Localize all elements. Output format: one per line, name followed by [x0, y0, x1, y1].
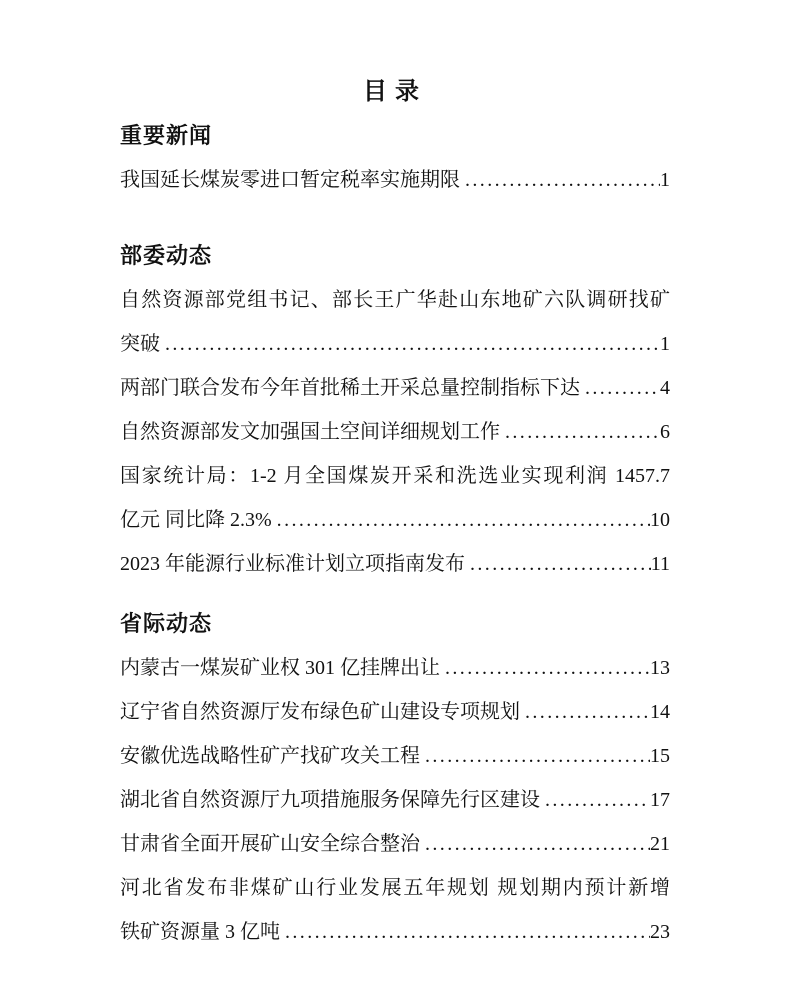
toc-sections: 重要新闻 我国延长煤炭零进口暂定税率实施期限..................…: [120, 114, 670, 954]
entry-title: 内蒙古一煤炭矿业权 301 亿挂牌出让: [120, 646, 440, 690]
entry-title: 自然资源部发文加强国土空间详细规划工作: [120, 410, 500, 454]
entry-title: 2023 年能源行业标准计划立项指南发布: [120, 542, 465, 586]
toc-entry[interactable]: 两部门联合发布今年首批稀土开采总量控制指标下达.................…: [120, 366, 670, 410]
entry-last-line: 自然资源部发文加强国土空间详细规划工作.....................…: [120, 410, 670, 454]
entry-last-line: 亿元 同比降 2.3%.............................…: [120, 498, 670, 542]
page-number: 21: [650, 822, 670, 866]
dot-leader: ........................................…: [280, 910, 650, 954]
toc-entry[interactable]: 安徽优选战略性矿产找矿攻关工程.........................…: [120, 734, 670, 778]
dot-leader: ........................................…: [460, 158, 660, 202]
toc-section: 重要新闻 我国延长煤炭零进口暂定税率实施期限..................…: [120, 114, 670, 202]
toc-title: 目录: [120, 70, 670, 114]
toc-entry[interactable]: 自然资源部发文加强国土空间详细规划工作.....................…: [120, 410, 670, 454]
entry-line: 国家统计局：1-2 月全国煤炭开采和洗选业实现利润 1457.7: [120, 454, 670, 498]
dot-leader: ........................................…: [440, 646, 650, 690]
page-number: 4: [660, 366, 670, 410]
dot-leader: ........................................…: [520, 690, 650, 734]
entry-last-line: 安徽优选战略性矿产找矿攻关工程.........................…: [120, 734, 670, 778]
page-number: 1: [660, 322, 670, 366]
page-number: 15: [650, 734, 670, 778]
entry-last-line: 铁矿资源量 3 亿吨..............................…: [120, 910, 670, 954]
toc-section: 部委动态 自然资源部党组书记、部长王广华赴山东地矿六队调研找矿突破.......…: [120, 234, 670, 586]
dot-leader: ........................................…: [160, 322, 660, 366]
entry-last-line: 湖北省自然资源厅九项措施服务保障先行区建设...................…: [120, 778, 670, 822]
section-entries: 我国延长煤炭零进口暂定税率实施期限.......................…: [120, 158, 670, 202]
entry-title: 湖北省自然资源厅九项措施服务保障先行区建设: [120, 778, 540, 822]
section-heading: 重要新闻: [120, 114, 670, 158]
entry-line: 河北省发布非煤矿山行业发展五年规划 规划期内预计新增: [120, 866, 670, 910]
toc-section: 省际动态 内蒙古一煤炭矿业权 301 亿挂牌出让................…: [120, 602, 670, 954]
page-number: 1: [660, 158, 670, 202]
page-number: 6: [660, 410, 670, 454]
toc-entry[interactable]: 甘肃省全面开展矿山安全综合整治.........................…: [120, 822, 670, 866]
section-entries: 内蒙古一煤炭矿业权 301 亿挂牌出让.....................…: [120, 646, 670, 954]
entry-last-line: 突破......................................…: [120, 322, 670, 366]
entry-title: 甘肃省全面开展矿山安全综合整治: [120, 822, 420, 866]
entry-title: 两部门联合发布今年首批稀土开采总量控制指标下达: [120, 366, 580, 410]
entry-last-line: 两部门联合发布今年首批稀土开采总量控制指标下达.................…: [120, 366, 670, 410]
dot-leader: ........................................…: [420, 734, 650, 778]
document-page: 目录 重要新闻 我国延长煤炭零进口暂定税率实施期限...............…: [0, 0, 791, 997]
page-number: 13: [650, 646, 670, 690]
entry-title: 安徽优选战略性矿产找矿攻关工程: [120, 734, 420, 778]
page-number: 23: [650, 910, 670, 954]
toc-entry[interactable]: 辽宁省自然资源厅发布绿色矿山建设专项规划....................…: [120, 690, 670, 734]
entry-title: 亿元 同比降 2.3%: [120, 498, 272, 542]
page-number: 17: [650, 778, 670, 822]
entry-title: 铁矿资源量 3 亿吨: [120, 910, 280, 954]
entry-title: 突破: [120, 322, 160, 366]
toc-entry[interactable]: 国家统计局：1-2 月全国煤炭开采和洗选业实现利润 1457.7亿元 同比降 2…: [120, 454, 670, 542]
toc-entry[interactable]: 湖北省自然资源厅九项措施服务保障先行区建设...................…: [120, 778, 670, 822]
dot-leader: ........................................…: [540, 778, 650, 822]
page-number: 11: [651, 542, 670, 586]
dot-leader: ........................................…: [500, 410, 660, 454]
entry-last-line: 辽宁省自然资源厅发布绿色矿山建设专项规划....................…: [120, 690, 670, 734]
entry-last-line: 我国延长煤炭零进口暂定税率实施期限.......................…: [120, 158, 670, 202]
toc-entry[interactable]: 自然资源部党组书记、部长王广华赴山东地矿六队调研找矿突破............…: [120, 278, 670, 366]
entry-last-line: 内蒙古一煤炭矿业权 301 亿挂牌出让.....................…: [120, 646, 670, 690]
toc-entry[interactable]: 内蒙古一煤炭矿业权 301 亿挂牌出让.....................…: [120, 646, 670, 690]
section-heading: 省际动态: [120, 602, 670, 646]
dot-leader: ........................................…: [465, 542, 651, 586]
section-entries: 自然资源部党组书记、部长王广华赴山东地矿六队调研找矿突破............…: [120, 278, 670, 586]
dot-leader: ........................................…: [580, 366, 660, 410]
page-number: 10: [650, 498, 670, 542]
toc-entry[interactable]: 河北省发布非煤矿山行业发展五年规划 规划期内预计新增铁矿资源量 3 亿吨....…: [120, 866, 670, 954]
page-number: 14: [650, 690, 670, 734]
dot-leader: ........................................…: [272, 498, 650, 542]
dot-leader: ........................................…: [420, 822, 650, 866]
entry-last-line: 2023 年能源行业标准计划立项指南发布....................…: [120, 542, 670, 586]
entry-last-line: 甘肃省全面开展矿山安全综合整治.........................…: [120, 822, 670, 866]
toc-entry[interactable]: 我国延长煤炭零进口暂定税率实施期限.......................…: [120, 158, 670, 202]
entry-title: 我国延长煤炭零进口暂定税率实施期限: [120, 158, 460, 202]
entry-line: 自然资源部党组书记、部长王广华赴山东地矿六队调研找矿: [120, 278, 670, 322]
section-heading: 部委动态: [120, 234, 670, 278]
toc-entry[interactable]: 2023 年能源行业标准计划立项指南发布....................…: [120, 542, 670, 586]
entry-title: 辽宁省自然资源厅发布绿色矿山建设专项规划: [120, 690, 520, 734]
